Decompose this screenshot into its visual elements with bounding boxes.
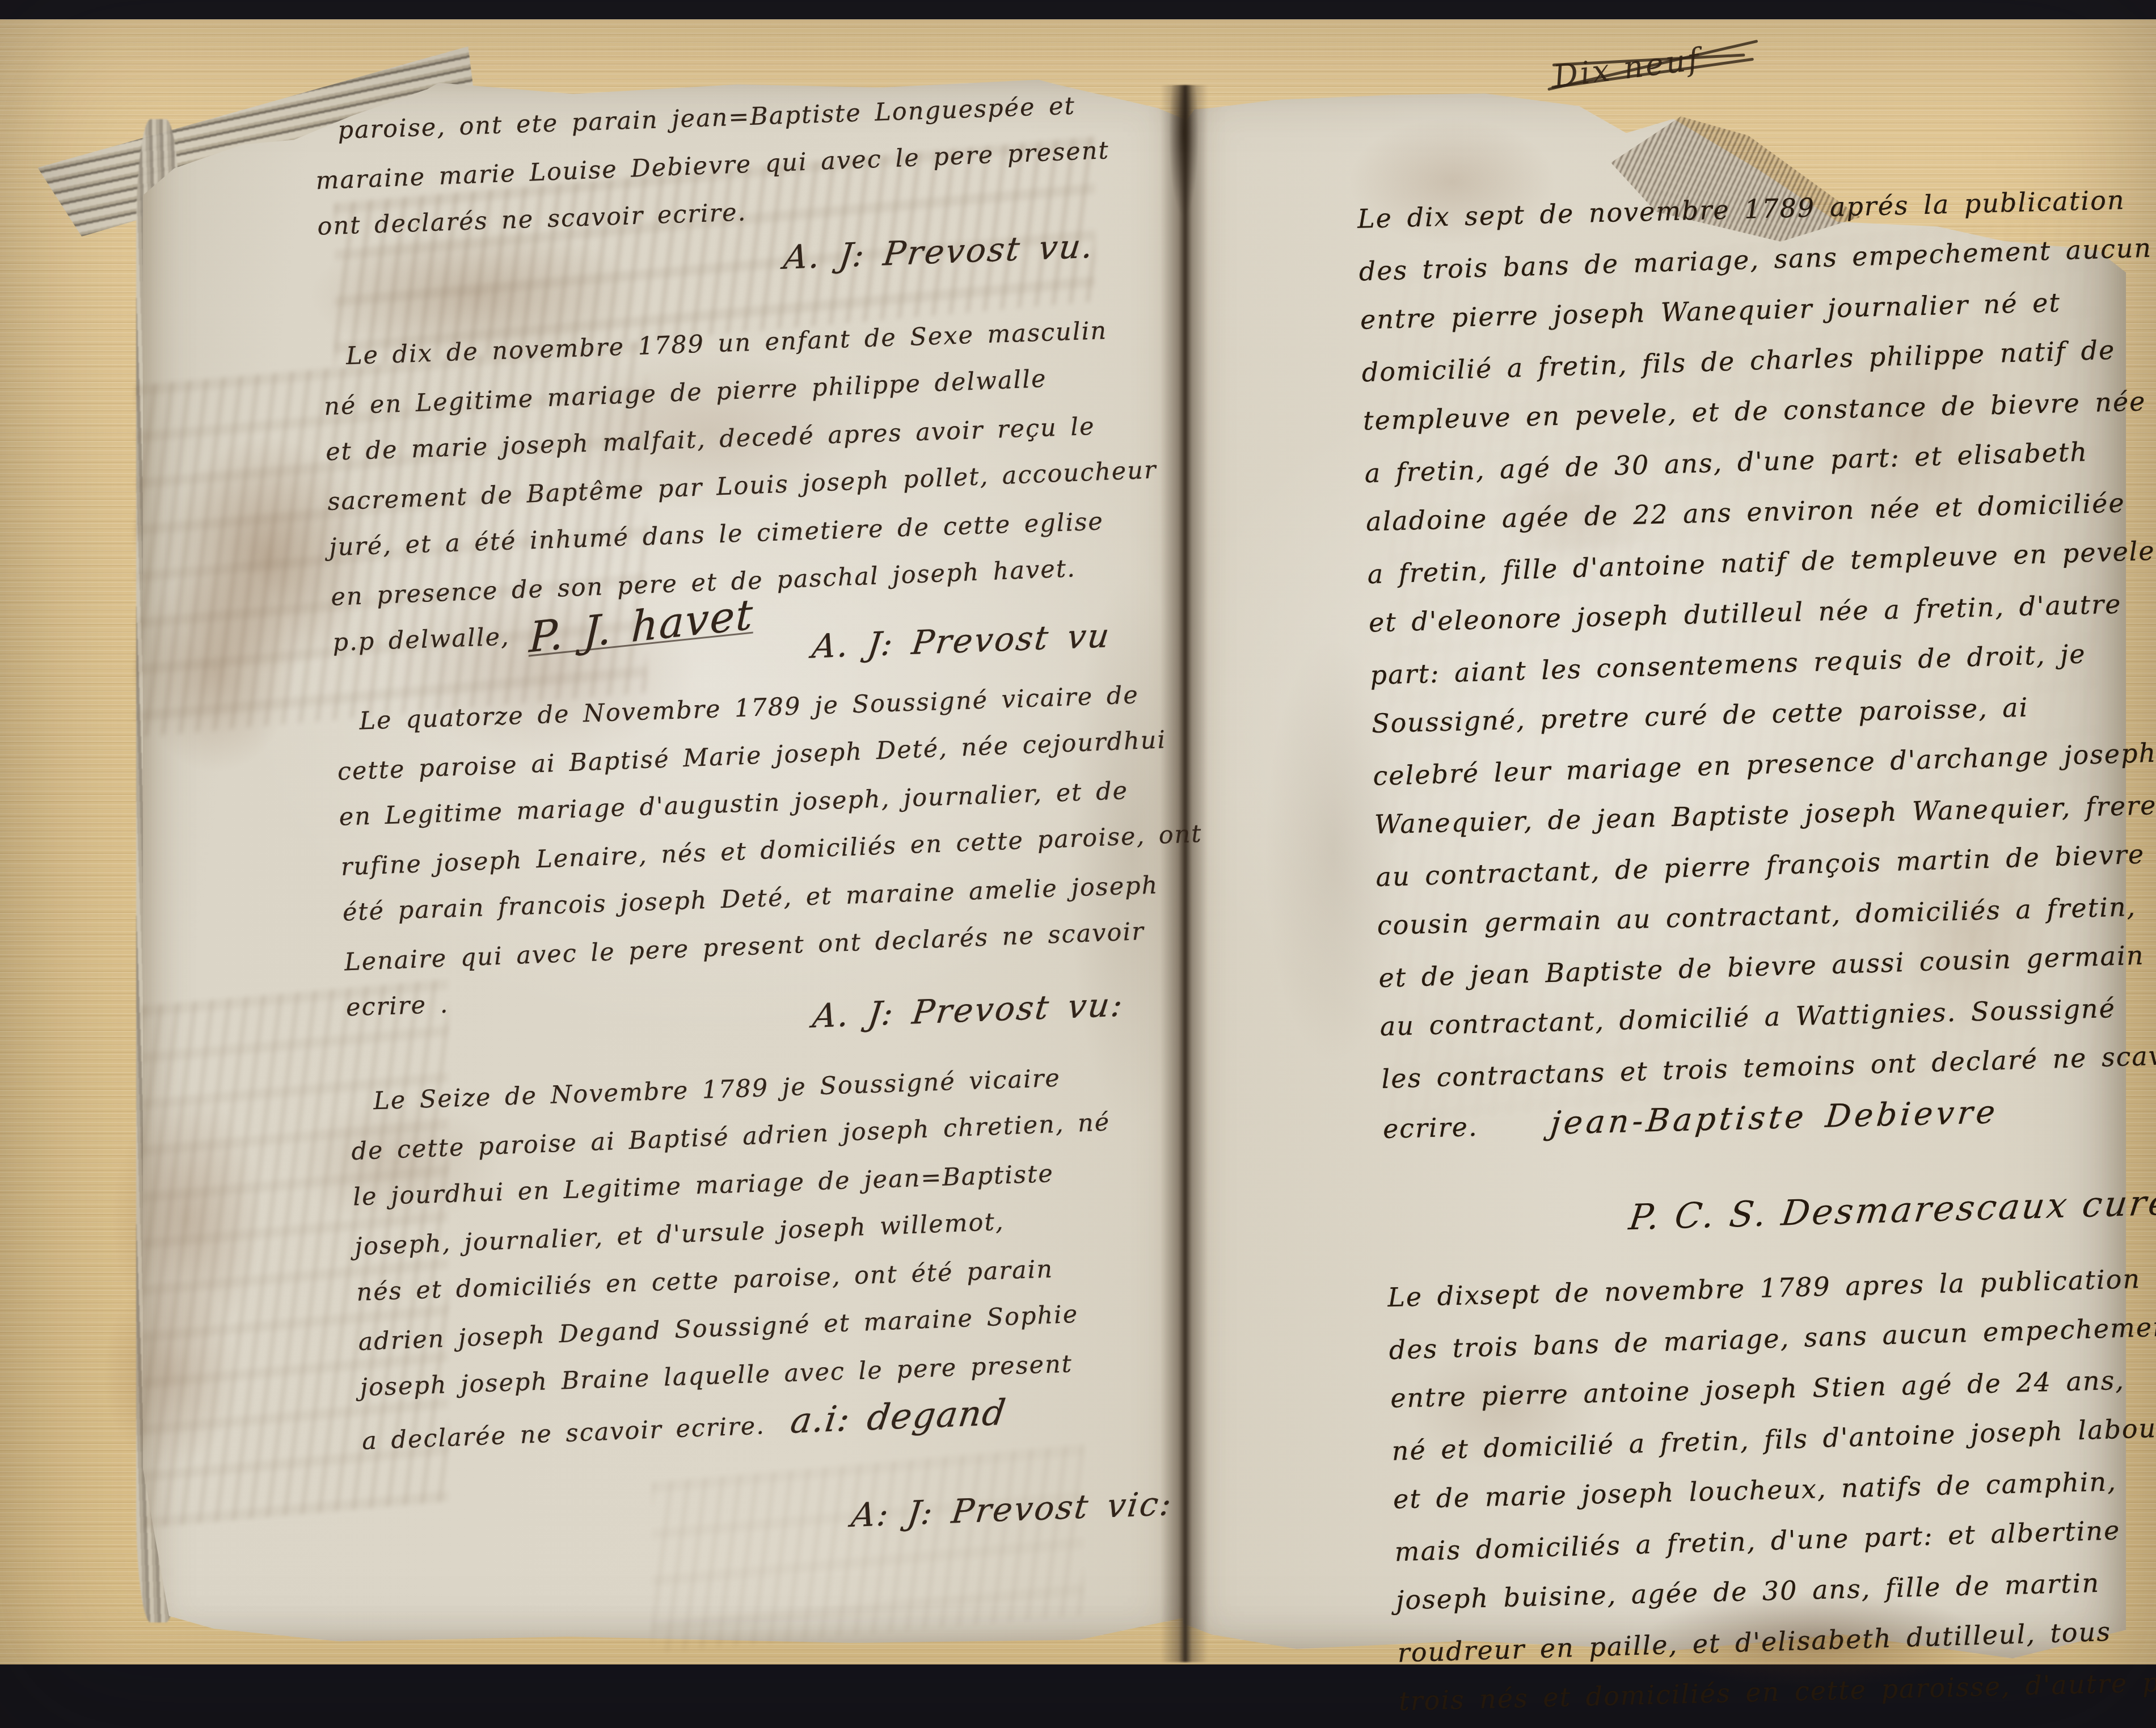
scanner-backdrop-top <box>0 0 2156 19</box>
closing-phrase: a declarée ne scavoir ecrire. <box>361 1411 766 1456</box>
debievre-signature: jean-Baptiste Debievre <box>1548 1087 2001 1149</box>
gutter-curl <box>1164 85 1204 244</box>
attestation: p.p delwalle, <box>332 623 510 657</box>
record-burial-delwalle: Le dix de novembre 1789 un enfant de Sex… <box>322 304 1163 668</box>
record-marriage-wanequier: Le dix sept de novembre 1789 aprés la pu… <box>1357 172 2156 1156</box>
record-baptism-chretien: Le Seize de Novembre 1789 je Soussigné v… <box>349 1052 1122 1465</box>
degand-signature: a.i: degand <box>788 1389 1010 1445</box>
record-baptism-dete: Le quatorze de Novembre 1789 je Soussign… <box>335 668 1208 1033</box>
record-marriage-stien: Le dixsept de novembre 1789 apres la pub… <box>1387 1250 2156 1728</box>
closing-phrase: ecrire. <box>1382 1111 1478 1144</box>
record-burial-continuation: paroise, ont ete parain jean=Baptiste Lo… <box>313 80 1112 252</box>
